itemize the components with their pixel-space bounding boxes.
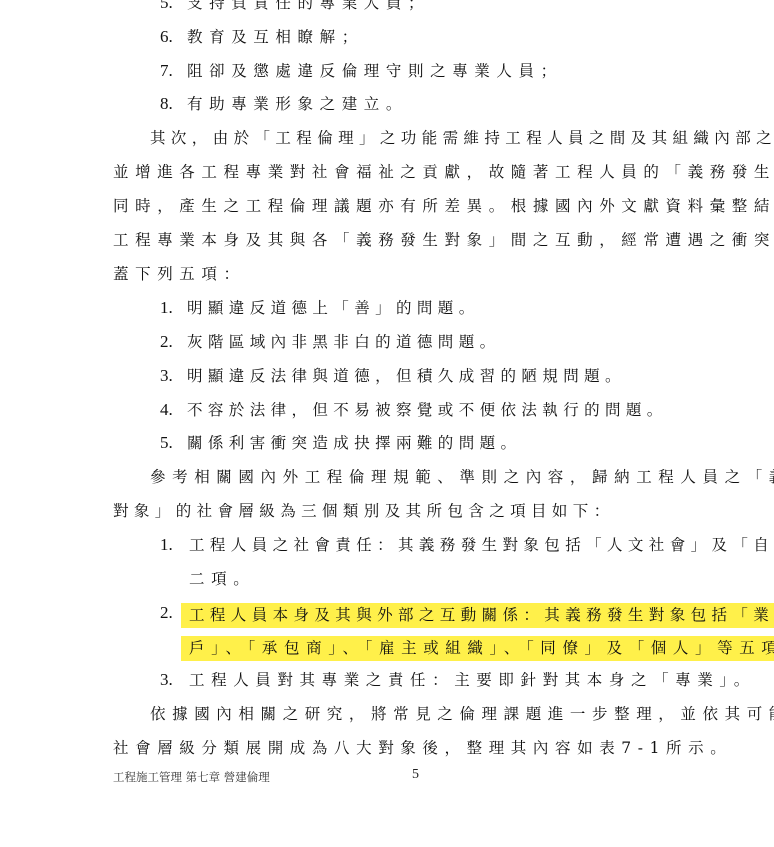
list-item: 灰階區域內非黑非白的道德問題。	[187, 332, 501, 352]
list-item: 關係利害衝突造成抉擇兩難的問題。	[187, 433, 521, 453]
list-item: 有助專業形象之建立。	[187, 94, 408, 114]
list-number: 5.	[160, 433, 173, 453]
paragraph-line: 其次，由於「工程倫理」之功能需維持工程人員之間及其組織內部之和諧，	[150, 128, 774, 148]
paragraph-line: 並增進各工程專業對社會福祉之貢獻，故隨著工程人員的「義務發生對象」不	[113, 162, 774, 182]
list-number: 6.	[160, 27, 173, 47]
list-number: 7.	[160, 61, 173, 81]
highlighted-text-line: 戶」、「承包商」、「雇主或組織」、「同僚」及「個人」等五項。	[181, 636, 774, 661]
paragraph-line: 對象」的社會層級為三個類別及其所包含之項目如下：	[113, 501, 615, 521]
list-item: 支持負責任的專業人員；	[187, 0, 430, 13]
list-item: 阻卻及懲處違反倫理守則之專業人員；	[187, 61, 563, 81]
paragraph-line: 工程專業本身及其與各「義務發生對象」間之互動，經常遭遇之衝突與問題涵	[113, 230, 774, 250]
list-number: 8.	[160, 94, 173, 114]
highlighted-text-line: 工程人員本身及其與外部之互動關係：其義務發生對象包括「業主或客	[181, 603, 774, 628]
list-number: 5.	[160, 0, 173, 13]
list-item: 明顯違反道德上「善」的問題。	[187, 298, 480, 318]
paragraph-line: 依據國內相關之研究，將常見之倫理課題進一步整理，並依其可能發生之	[150, 704, 774, 724]
list-item: 明顯違反法律與道德，但積久成習的陋規問題。	[187, 366, 626, 386]
list-number: 4.	[160, 400, 173, 420]
list-number: 1.	[160, 535, 173, 555]
page-number: 5	[412, 767, 419, 783]
paragraph-line: 參考相關國內外工程倫理規範、準則之內容，歸納工程人員之「義務發生	[150, 467, 774, 487]
paragraph-line: 社會層級分類展開成為八大對象後，整理其內容如表7-1所示。	[113, 738, 732, 758]
paragraph-line: 蓋下列五項：	[113, 264, 246, 284]
list-item: 不容於法律，但不易被察覺或不便依法執行的問題。	[187, 400, 668, 420]
list-number: 1.	[160, 298, 173, 318]
list-item: 教育及互相瞭解；	[187, 27, 364, 47]
list-number: 3.	[160, 366, 173, 386]
list-item-line: 二項。	[189, 569, 255, 589]
footer-title: 工程施工管理 第七章 營建倫理	[113, 769, 270, 785]
list-number: 2.	[160, 603, 173, 623]
list-item-line: 工程人員之社會責任：其義務發生對象包括「人文社會」及「自然環境」	[189, 535, 774, 555]
list-number: 3.	[160, 670, 173, 690]
list-item-line: 工程人員對其專業之責任：主要即針對其本身之「專業」。	[189, 670, 756, 690]
list-number: 2.	[160, 332, 173, 352]
paragraph-line: 同時，產生之工程倫理議題亦有所差異。根據國內外文獻資料彙整結果，對於	[113, 196, 774, 216]
